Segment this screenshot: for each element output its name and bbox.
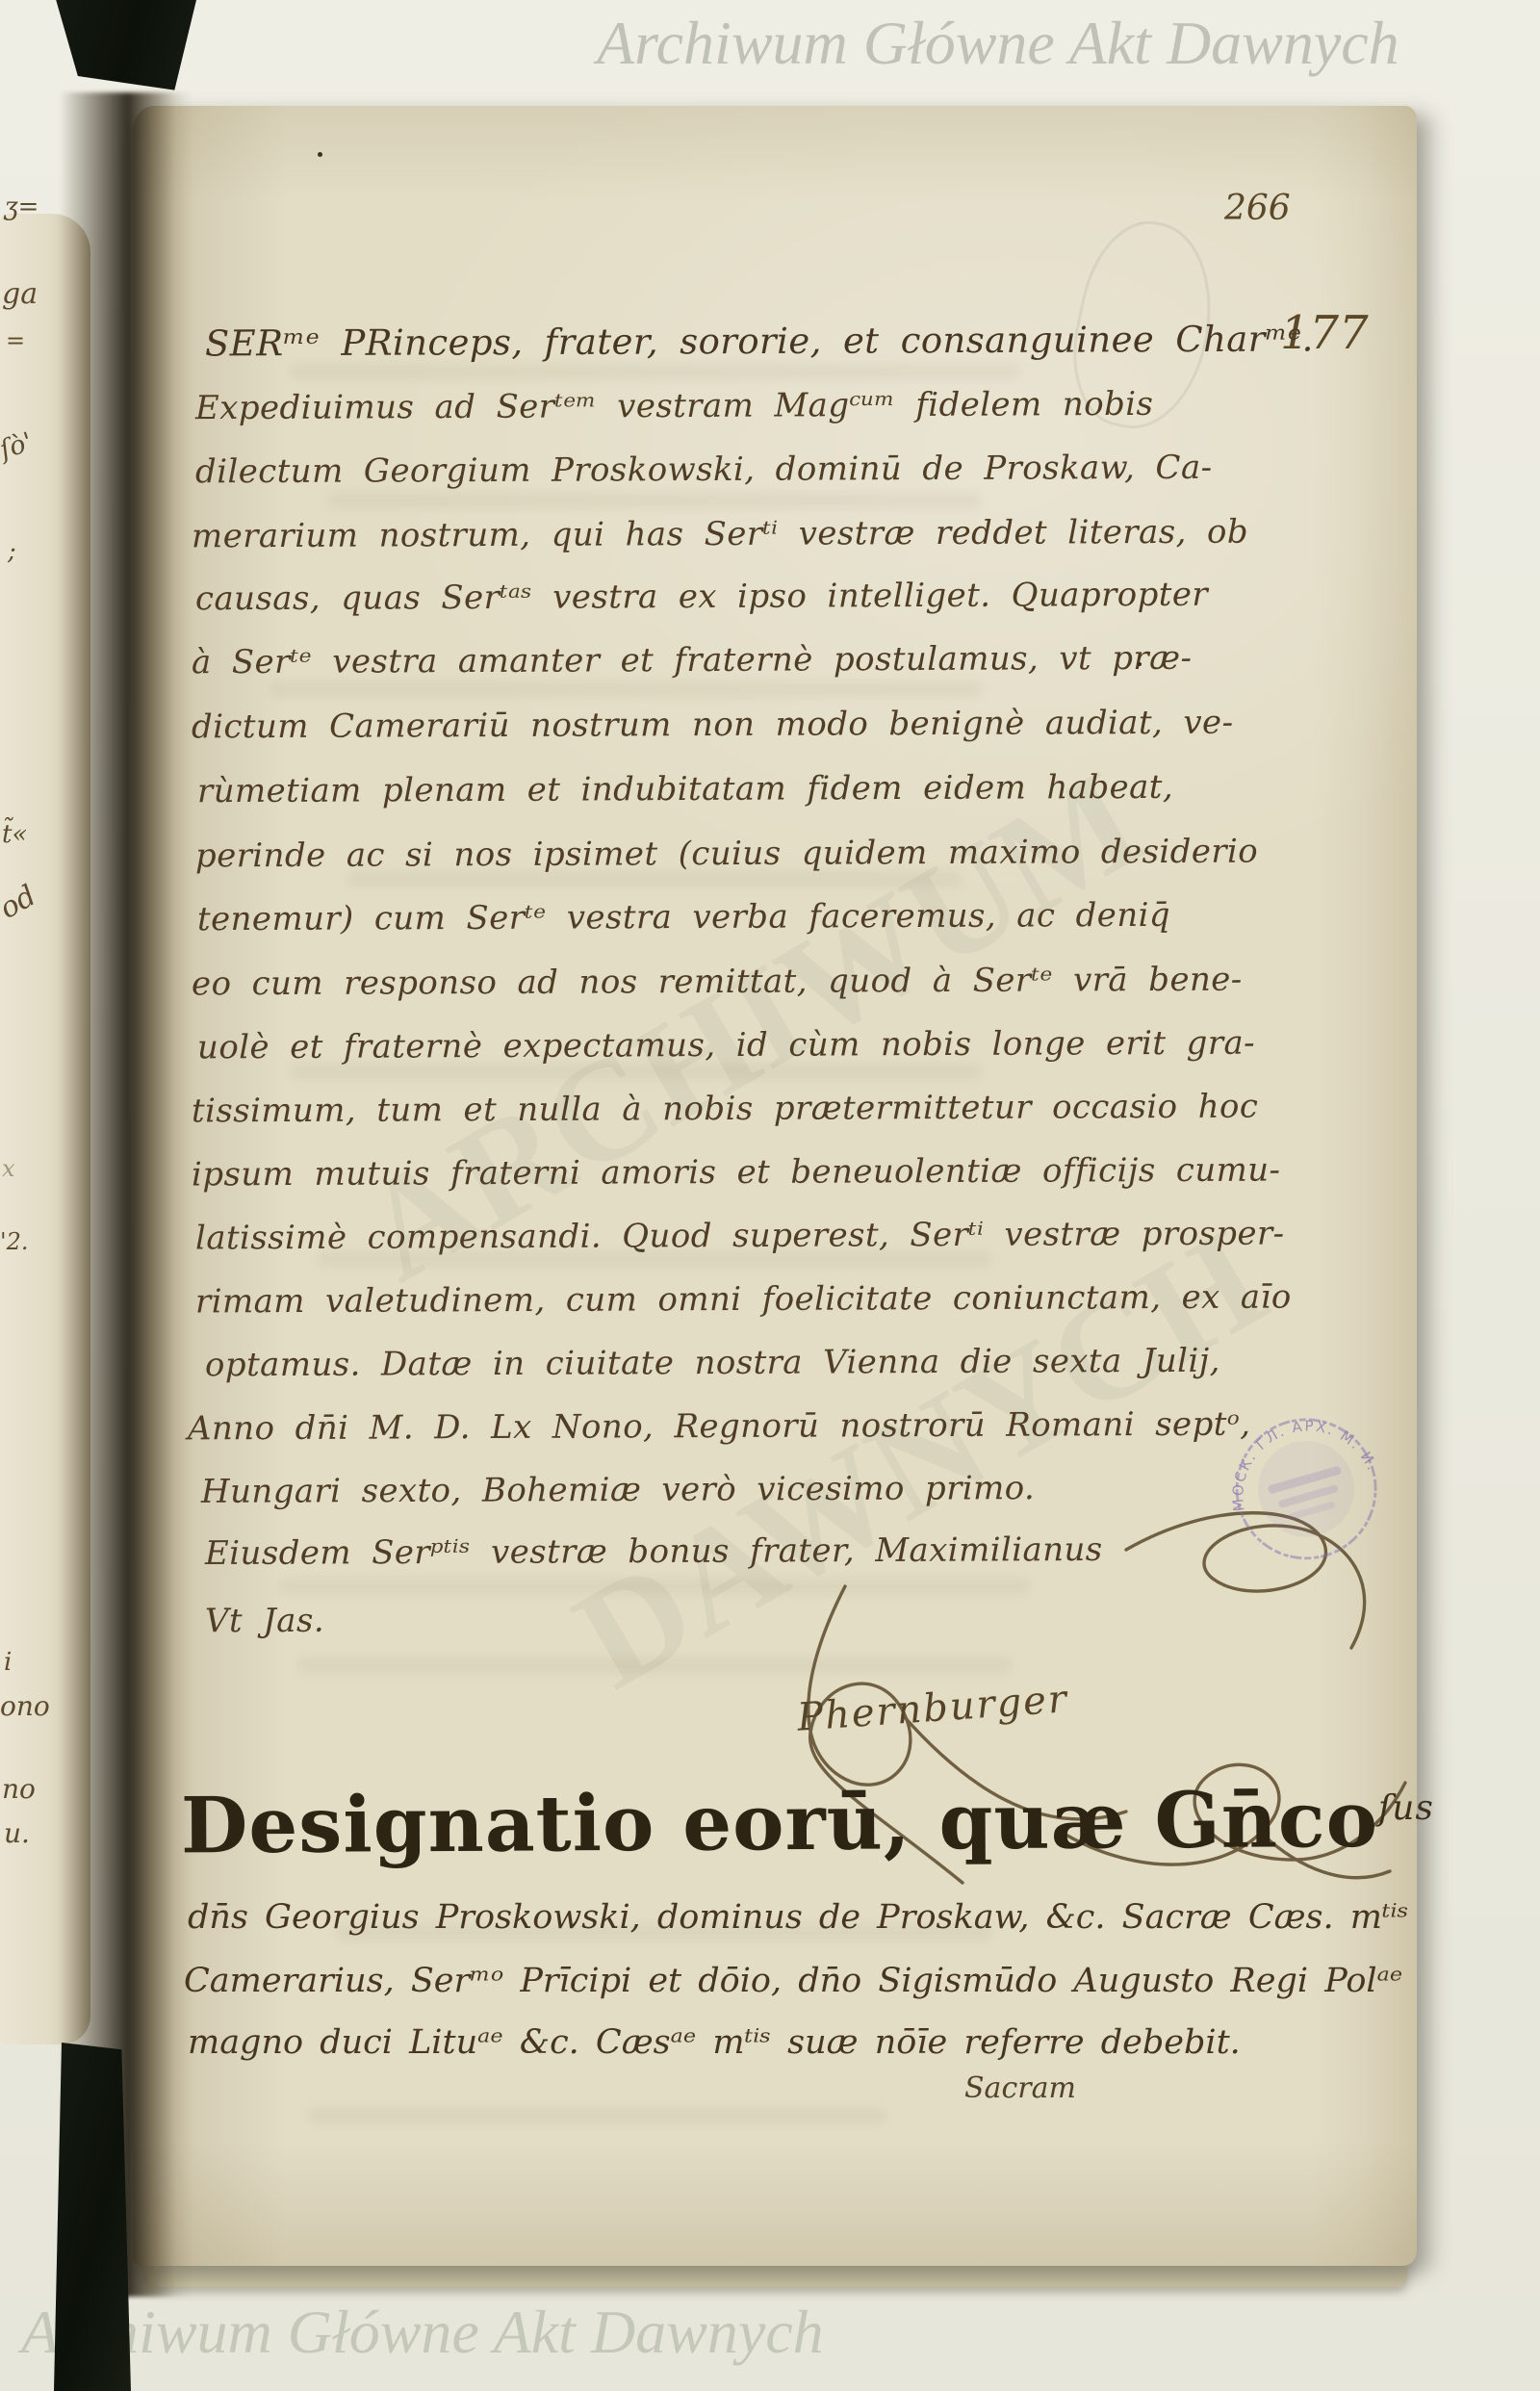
- margin-fragment: ʒ=: [4, 193, 38, 221]
- letter-line: Anno dn̄i M. D. Lx Nono, Regnorū nostror…: [188, 1405, 1251, 1449]
- margin-fragment: i: [4, 1648, 12, 1677]
- ink-bleed: [308, 2108, 885, 2123]
- letter-line: latissimè compensandi. Quod superest, Se…: [195, 1215, 1285, 1258]
- folio-number-top: 266: [1224, 189, 1291, 228]
- margin-fragment: x: [2, 1155, 15, 1182]
- paper-speck: [1138, 662, 1142, 666]
- designatio-line: magno duci Lituᵃᵉ &c. Cæsᵃᵉ mᵗⁱˢ suæ nōī…: [188, 2023, 1241, 2062]
- letter-line: tenemur) cum Serᵗᵉ vestra verba faceremu…: [197, 896, 1170, 938]
- letter-line: merarium nostrum, qui has Serᵗⁱ vestræ r…: [192, 513, 1248, 556]
- designatio-heading-superscript: ſus: [1378, 1788, 1434, 1828]
- manuscript-scan: ʒ= ga = ſò' ; t̃« od x '2. i ono no u. A…: [0, 0, 1540, 2391]
- letter-line: rùmetiam plenam et indubitatam fidem eid…: [197, 768, 1173, 810]
- letter-line: à Serᵗᵉ vestra amanter et fraternè postu…: [192, 639, 1192, 682]
- margin-fragment: u.: [4, 1817, 30, 1849]
- margin-fragment: =: [6, 327, 25, 354]
- catchword: Sacram: [964, 2071, 1076, 2105]
- margin-fragment: ga: [2, 277, 38, 311]
- designatio-line: dn̄s Georgius Proskowski, dominus de Pro…: [188, 1898, 1408, 1937]
- margin-fragment: ;: [8, 537, 16, 566]
- letter-line: causas, quas Serᵗᵃˢ vestra ex ipso intel…: [195, 576, 1208, 619]
- letter-line: uolè et fraternè expectamus, id cùm nobi…: [197, 1024, 1255, 1067]
- watermark-top: Archiwum Główne Akt Dawnych: [597, 8, 1399, 79]
- margin-fragment: t̃«: [2, 820, 27, 849]
- binding-gutter-shadow: [60, 92, 191, 2297]
- letter-line: dilectum Georgium Proskowski, dominū de …: [195, 449, 1213, 492]
- letter-line: tissimum, tum et nulla à nobis prætermit…: [192, 1088, 1258, 1131]
- letter-line: dictum Camerariū nostrum non modo benign…: [192, 704, 1234, 747]
- designatio-heading-text: Designatio eorū, quæ Gn̄co: [181, 1774, 1378, 1871]
- margin-fragment: '2.: [0, 1228, 29, 1255]
- margin-fragment: no: [2, 1773, 36, 1805]
- letter-line: optamus. Datæ in ciuitate nostra Vienna …: [205, 1342, 1220, 1385]
- letter-line: rimam valetudinem, cum omni foelicitate …: [195, 1278, 1292, 1322]
- ink-bleed: [327, 493, 982, 508]
- binding-strap-bottom: [54, 2043, 131, 2391]
- letter-line: Eiusdem Serᵖᵗⁱˢ vestræ bonus frater, Max…: [205, 1530, 1103, 1573]
- ink-bleed: [269, 681, 982, 697]
- ink-bleed: [289, 364, 1020, 379]
- paper-speck: [318, 152, 322, 157]
- watermark-bottom: Archiwum Główne Akt Dawnych: [21, 2297, 824, 2368]
- designatio-heading: Designatio eorū, quæ Gn̄coſus: [181, 1774, 1434, 1871]
- letter-line: Vt Jas.: [205, 1602, 324, 1641]
- letter-line: Expediuimus ad Serᵗᵉᵐ vestram Magᶜᵘᵐ fid…: [195, 385, 1153, 427]
- letter-line: ipsum mutuis fraterni amoris et beneuole…: [192, 1151, 1281, 1195]
- binding-strap-top: [40, 0, 196, 100]
- letter-line: SERᵐᵉ PRinceps, frater, sororie, et cons…: [205, 318, 1314, 364]
- designatio-line: Camerarius, Serᵐᵒ Prīcipi et dōio, dn̄o …: [184, 1962, 1402, 2000]
- letter-line: perinde ac si nos ipsimet (cuius quidem …: [195, 833, 1258, 876]
- letter-line: Hungari sexto, Bohemiæ verò vicesimo pri…: [201, 1469, 1035, 1511]
- margin-fragment: ono: [0, 1690, 50, 1722]
- letter-line: eo cum responso ad nos remittat, quod à …: [192, 961, 1243, 1004]
